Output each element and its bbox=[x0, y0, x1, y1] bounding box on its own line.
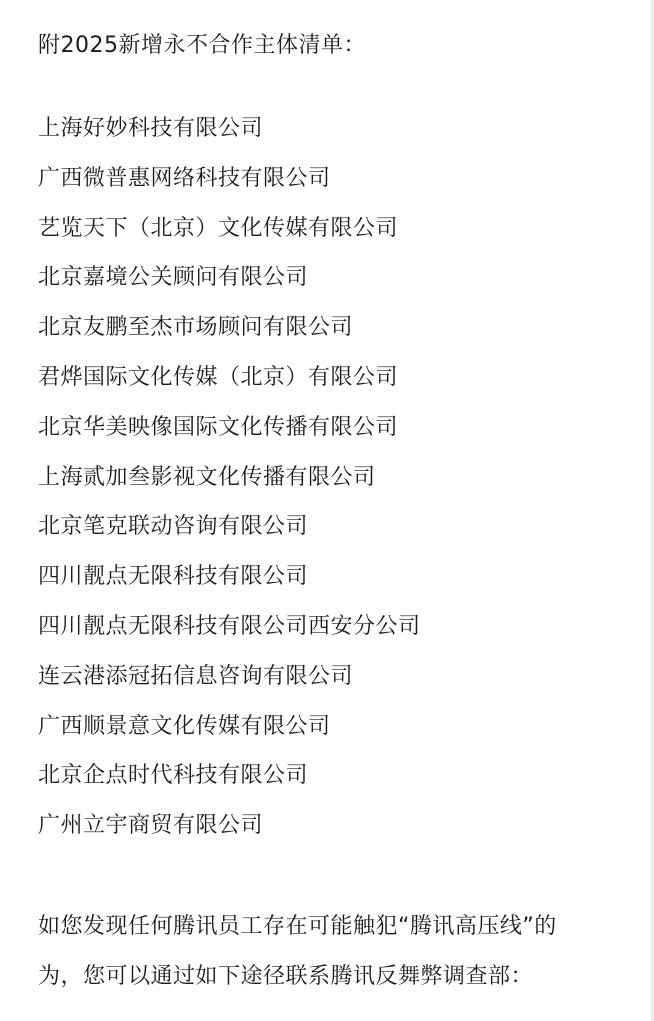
company-list-item: 君烨国际文化传媒（北京）有限公司 bbox=[38, 361, 421, 411]
company-list-item: 广州立宇商贸有限公司 bbox=[38, 809, 421, 859]
notice-line-1: 如您发现任何腾讯员工存在可能触犯“腾讯高压线”的 bbox=[38, 910, 651, 960]
company-list-item: 四川靓点无限科技有限公司西安分公司 bbox=[38, 610, 421, 660]
company-list-item: 上海贰加叁影视文化传播有限公司 bbox=[38, 461, 421, 511]
report-notice: 如您发现任何腾讯员工存在可能触犯“腾讯高压线”的 为，您可以通过如下途径联系腾讯… bbox=[38, 910, 651, 1010]
company-list-item: 北京笔克联动咨询有限公司 bbox=[38, 510, 421, 560]
list-heading: 附2025新增永不合作主体清单： bbox=[38, 30, 366, 62]
company-list-item: 艺览天下（北京）文化传媒有限公司 bbox=[38, 212, 421, 262]
notice-line-2: 为，您可以通过如下途径联系腾讯反舞弊调查部： bbox=[38, 960, 651, 1010]
company-list-item: 四川靓点无限科技有限公司 bbox=[38, 560, 421, 610]
document-page: 附2025新增永不合作主体清单： 上海好妙科技有限公司 广西微普惠网络科技有限公… bbox=[0, 0, 651, 1021]
company-list-item: 北京友鹏至杰市场顾问有限公司 bbox=[38, 311, 421, 361]
company-list-item: 广西顺景意文化传媒有限公司 bbox=[38, 710, 421, 760]
company-list: 上海好妙科技有限公司 广西微普惠网络科技有限公司 艺览天下（北京）文化传媒有限公… bbox=[38, 112, 421, 859]
company-list-item: 广西微普惠网络科技有限公司 bbox=[38, 162, 421, 212]
company-list-item: 连云港添冠拓信息咨询有限公司 bbox=[38, 660, 421, 710]
company-list-item: 上海好妙科技有限公司 bbox=[38, 112, 421, 162]
company-list-item: 北京嘉境公关顾问有限公司 bbox=[38, 261, 421, 311]
company-list-item: 北京华美映像国际文化传播有限公司 bbox=[38, 411, 421, 461]
company-list-item: 北京企点时代科技有限公司 bbox=[38, 759, 421, 809]
